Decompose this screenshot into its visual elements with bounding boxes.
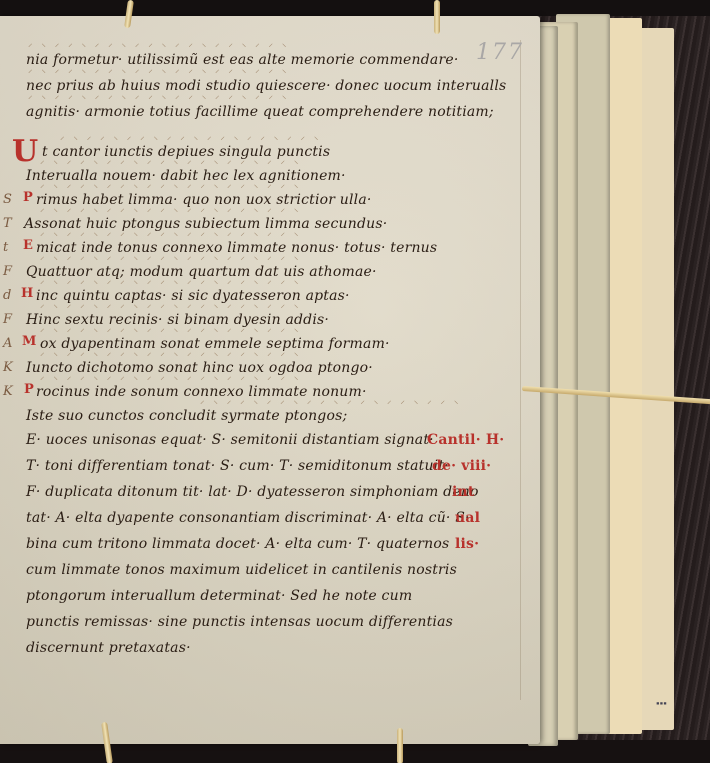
prose-line: cum limmate tonos maximum uidelicet in c… [26,562,457,578]
prose-line: bina cum tritono limmata docet· A· elta … [26,536,449,552]
page-pin [397,728,403,763]
prose-line: tat· A· elta dyapente consonantiam discr… [26,510,470,526]
prose-line: punctis remissas· sine punctis intensas … [26,614,453,630]
folio-number: 177 [476,40,524,65]
text-line: agnitis· armonie totius facillime queat … [26,104,494,120]
margin-letter: F [3,264,12,279]
prose-line: T· toni differentiam tonat· S· cum· T· s… [26,458,449,474]
margin-letter: T [3,216,12,231]
page-pin [434,0,440,34]
prose-line: ptongorum interuallum determinat· Sed he… [26,588,412,604]
verse-line: Iste suo cunctos concludit syrmate ptong… [26,408,347,424]
rubric-note: de· viii· [432,458,491,474]
rubric-note: Cantil· H· [427,432,504,448]
margin-letter: F [3,312,12,327]
rubric-initial: E [23,238,33,253]
margin-letter: K [3,360,13,375]
rubric-initial: M [22,334,36,349]
prose-line: F· duplicata ditonum tit· lat· D· dyates… [26,484,479,500]
shelfmark-label: ▪▪▪ [656,700,667,707]
rubric-initial: H [21,286,33,301]
rubric-note: ual [455,510,480,526]
margin-letter: A [3,336,12,351]
margin-letter: S [3,192,12,207]
prose-line: discernunt pretaxatas· [26,640,191,656]
margin-letter: d [3,288,11,303]
margin-letter: t [3,240,8,255]
decorated-initial: U [12,134,38,169]
rubric-note: int [452,484,475,500]
rubric-initial: P [23,190,33,205]
rubric-note: lis· [455,536,479,552]
margin-letter: K [3,384,13,399]
ruling-line [520,40,521,700]
rubric-initial: P [24,382,34,397]
prose-line: E· uoces unisonas equat· S· semitonii di… [26,432,434,448]
